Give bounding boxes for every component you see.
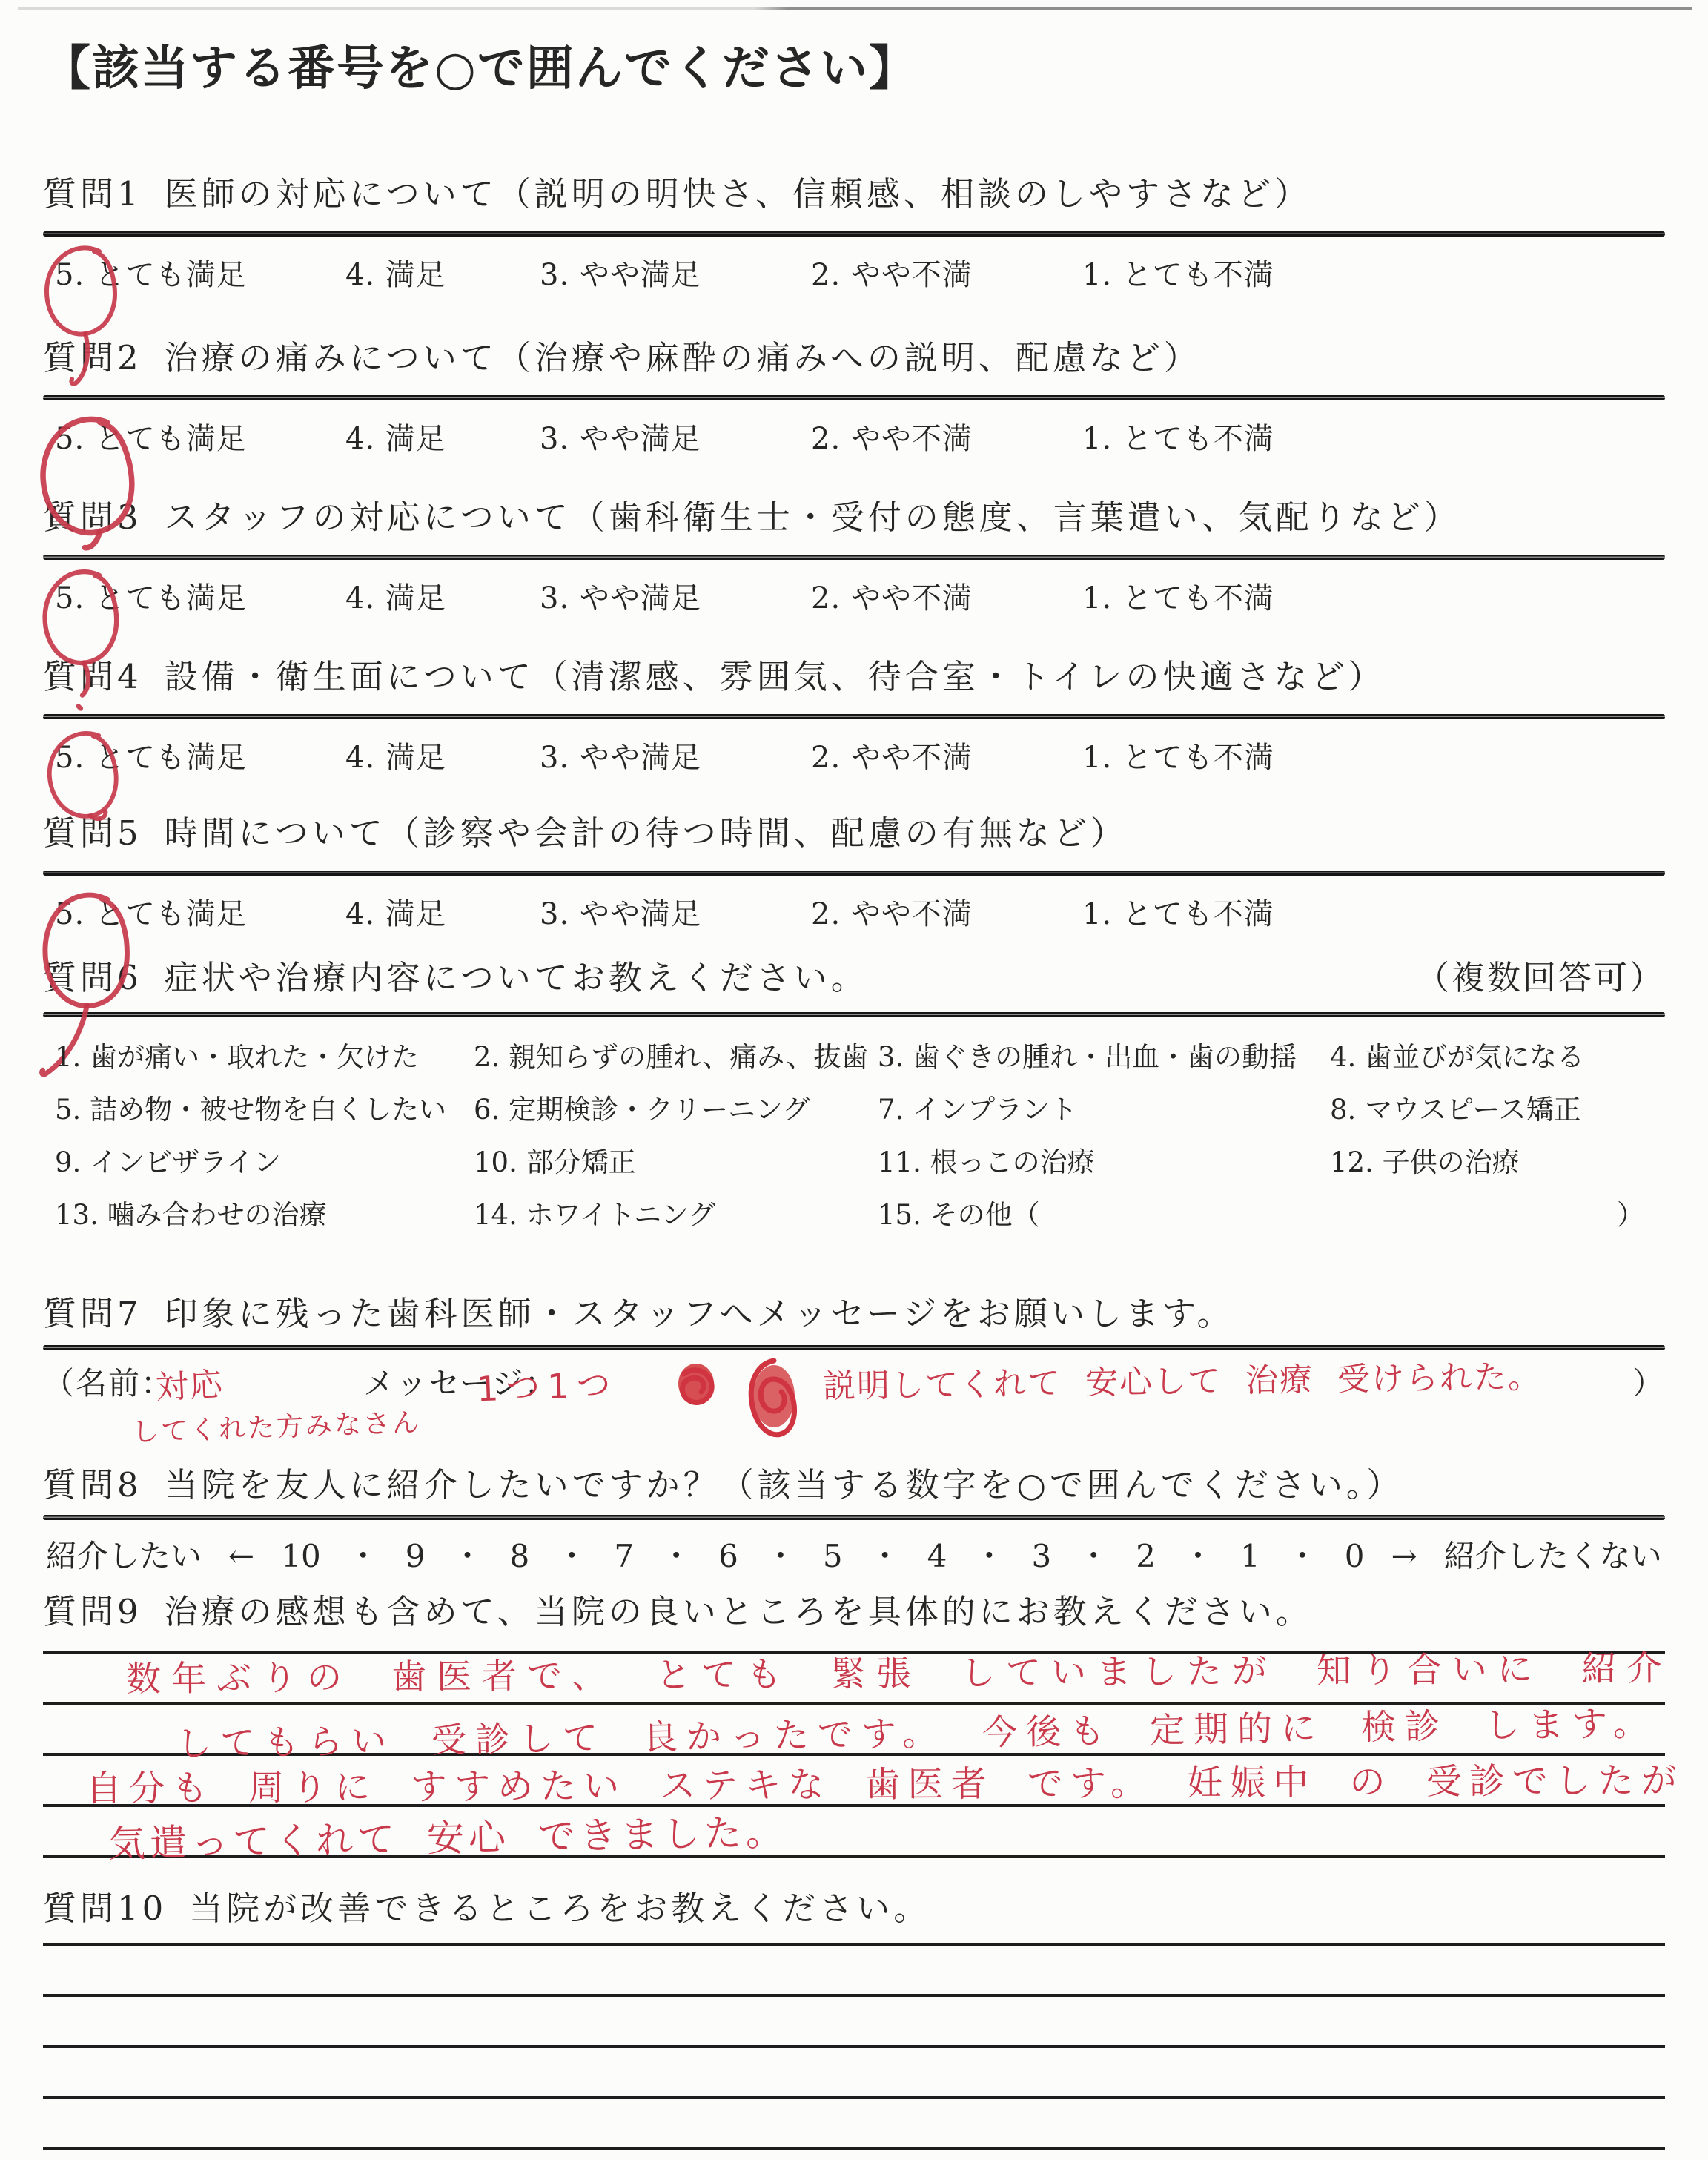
- question-5-heading: 質問5 時間について（診察や会計の待つ時間、配慮の有無など）: [43, 814, 1665, 853]
- question-6-title: 症状や治療内容についてお教えください。: [165, 959, 868, 997]
- divider: [43, 714, 1665, 719]
- answer-line: [43, 2099, 1665, 2150]
- rating-option-3: 3. やや満足: [540, 421, 811, 457]
- question-1-section: 質問1 医師の対応について（説明の明快さ、信頼感、相談のしやすさなど） 5. と…: [43, 175, 1665, 293]
- nps-left-label: 紹介したい: [46, 1538, 202, 1575]
- arrow-right-icon: →: [1391, 1538, 1417, 1575]
- divider: [43, 1012, 1665, 1017]
- rating-option-4: 4. 満足: [345, 257, 540, 293]
- question-4-section: 質問4 設備・衛生面について（清潔感、雰囲気、待合室・トイレの快適さなど） 5.…: [43, 658, 1665, 776]
- question-9-section: 質問9 治療の感想も含めて、当院の良いところを具体的にお教えください。 数年ぶり…: [43, 1593, 1665, 1858]
- dot-separator: ・: [556, 1538, 587, 1575]
- question-9-heading: 質問9 治療の感想も含めて、当院の良いところを具体的にお教えください。: [43, 1593, 1665, 1631]
- rating-option-2: 2. やや不満: [811, 581, 1082, 616]
- symptom-option-7: 7. インプラント: [878, 1083, 1330, 1136]
- handwritten-name-line2: してくれた方みなさん: [131, 1404, 422, 1452]
- dot-separator: ・: [452, 1538, 483, 1575]
- symptom-option-12: 12. 子供の治療: [1330, 1136, 1665, 1189]
- answer-line: [43, 1946, 1665, 1997]
- question-6-section: 質問6 症状や治療内容についてお教えください。 （複数回答可） 1. 歯が痛い・…: [43, 959, 1665, 1241]
- symptom-option-9: 9. インビザライン: [55, 1136, 474, 1189]
- handwritten-circle-icon: [37, 240, 126, 351]
- question-10-section: 質問10 当院が改善できるところをお教えください。: [43, 1889, 1665, 2150]
- divider: [43, 1345, 1665, 1350]
- symptom-option-8: 8. マウスピース矯正: [1330, 1083, 1665, 1136]
- rating-option-1: 1. とても不満: [1082, 257, 1274, 293]
- answer-line: [43, 1997, 1665, 2048]
- question-7-label: 質問7: [43, 1295, 142, 1333]
- rating-option-4: 4. 満足: [345, 740, 540, 776]
- question-10-label: 質問10: [43, 1889, 167, 1928]
- rating-option-4: 4. 満足: [345, 421, 540, 457]
- rating-option-3: 3. やや満足: [540, 257, 811, 293]
- scribble-blob-icon: [673, 1359, 719, 1411]
- handwritten-message-part1: 1つ1つ: [476, 1366, 618, 1408]
- divider: [43, 1515, 1665, 1520]
- rating-option-3: 3. やや満足: [540, 740, 811, 776]
- dot-separator: ・: [1182, 1538, 1214, 1575]
- question-6-heading: 質問6 症状や治療内容についてお教えください。 （複数回答可）: [43, 959, 1665, 997]
- divider: [43, 395, 1665, 400]
- question-9-answer-lines: 数年ぶりの 歯医者で、 とても 緊張 していましたが 知り合いに 紹介 してもら…: [43, 1651, 1665, 1858]
- question-1-label: 質問1: [43, 175, 142, 214]
- question-4-title: 設備・衛生面について（清潔感、雰囲気、待合室・トイレの快適さなど）: [165, 658, 1386, 696]
- dot-separator: ・: [348, 1538, 379, 1575]
- question-1-heading: 質問1 医師の対応について（説明の明快さ、信頼感、相談のしやすさなど）: [43, 175, 1665, 214]
- question-7-heading: 質問7 印象に残った歯科医師・スタッフへメッセージをお願いします。: [43, 1295, 1665, 1333]
- symptom-option-3: 3. 歯ぐきの腫れ・出血・歯の動揺: [878, 1031, 1330, 1083]
- question-1-title: 医師の対応について（説明の明快さ、信頼感、相談のしやすさなど）: [165, 175, 1311, 214]
- symptom-option-13: 13. 噛み合わせの治療: [55, 1189, 474, 1241]
- nps-number-8: 8: [510, 1538, 530, 1575]
- symptom-option-15-other: 15. その他（: [878, 1189, 1330, 1241]
- question-7-title: 印象に残った歯科医師・スタッフへメッセージをお願いします。: [165, 1295, 1234, 1333]
- rating-option-5: 5. とても満足: [55, 896, 345, 932]
- question-3-section: 質問3 スタッフの対応について（歯科衛生士・受付の態度、言葉遣い、気配りなど） …: [43, 498, 1665, 616]
- question-2-options-row: 5. とても満足 4. 満足 3. やや満足 2. やや不満 1. とても不満: [43, 421, 1665, 457]
- question-3-options-row: 5. とても満足 4. 満足 3. やや満足 2. やや不満 1. とても不満: [43, 581, 1665, 616]
- question-8-heading: 質問8 当院を友人に紹介したいですか？（該当する数字を○で囲んでください。）: [43, 1466, 1665, 1505]
- question-3-label: 質問3: [43, 498, 142, 537]
- dot-separator: ・: [1078, 1538, 1109, 1575]
- rating-option-2: 2. やや不満: [811, 896, 1082, 932]
- question-4-label: 質問4: [43, 658, 142, 696]
- rating-option-3: 3. やや満足: [540, 581, 811, 616]
- symptom-option-2: 2. 親知らずの腫れ、痛み、抜歯: [474, 1031, 878, 1083]
- dot-separator: ・: [1287, 1538, 1318, 1575]
- nps-number-9: 9: [406, 1538, 426, 1575]
- question-10-title: 当院が改善できるところをお教えください。: [189, 1889, 930, 1928]
- nps-number-3: 3: [1031, 1538, 1051, 1575]
- page-title: 【該当する番号を○で囲んでください】: [43, 46, 1665, 92]
- nps-number-0: 0: [1345, 1538, 1365, 1575]
- dot-separator: ・: [973, 1538, 1004, 1575]
- dot-separator: ・: [765, 1538, 796, 1575]
- rating-option-1: 1. とても不満: [1082, 896, 1274, 932]
- symptom-options-grid: 1. 歯が痛い・取れた・欠けた 2. 親知らずの腫れ、痛み、抜歯 3. 歯ぐきの…: [43, 1031, 1665, 1241]
- question-2-heading: 質問2 治療の痛みについて（治療や麻酔の痛みへの説明、配慮など）: [43, 339, 1665, 377]
- question-8-label: 質問8: [43, 1466, 142, 1505]
- question-3-heading: 質問3 スタッフの対応について（歯科衛生士・受付の態度、言葉遣い、気配りなど）: [43, 498, 1665, 537]
- handwritten-answer-line-4: 気遣ってくれて 安心 できました。: [107, 1803, 787, 1868]
- question-3-title: スタッフの対応について（歯科衛生士・受付の態度、言葉遣い、気配りなど）: [165, 498, 1461, 537]
- symptom-option-4: 4. 歯並びが気になる: [1330, 1031, 1665, 1083]
- survey-sheet: { "ink": {"red": "#c8394b", "black": "#2…: [0, 0, 1708, 2160]
- question-5-label: 質問5: [43, 814, 142, 853]
- name-field-label: （名前：: [43, 1365, 173, 1401]
- nps-right-label: 紹介したくない: [1444, 1538, 1662, 1575]
- rating-option-2: 2. やや不満: [811, 421, 1082, 457]
- symptom-option-5: 5. 詰め物・被せ物を白くしたい: [55, 1083, 474, 1136]
- question-2-title: 治療の痛みについて（治療や麻酔の痛みへの説明、配慮など）: [165, 339, 1201, 377]
- dot-separator: ・: [661, 1538, 692, 1575]
- nps-number-2: 2: [1136, 1538, 1156, 1575]
- arrow-left-icon: ←: [228, 1538, 254, 1575]
- rating-option-5: 5. とても満足: [55, 581, 345, 616]
- rating-option-5: 5. とても満足: [55, 421, 345, 457]
- handwritten-name-line1: 対応: [155, 1367, 225, 1407]
- nps-number-5: 5: [823, 1538, 843, 1575]
- question-5-section: 質問5 時間について（診察や会計の待つ時間、配慮の有無など） 5. とても満足 …: [43, 814, 1665, 932]
- question-6-label: 質問6: [43, 959, 142, 997]
- survey-page: 【該当する番号を○で囲んでください】 質問1 医師の対応について（説明の明快さ、…: [0, 0, 1708, 2150]
- question-4-heading: 質問4 設備・衛生面について（清潔感、雰囲気、待合室・トイレの快適さなど）: [43, 658, 1665, 696]
- divider: [43, 871, 1665, 876]
- rating-option-1: 1. とても不満: [1082, 581, 1274, 616]
- answer-close-paren: ）: [1632, 1365, 1665, 1402]
- handwritten-answer-line-3: 自分も 周りに すすめたい ステキな 歯医者 です。 妊娠中 の 受診でしたが: [86, 1751, 1684, 1811]
- handwritten-message-part2: 説明してくれて 安心して 治療 受けられた。: [823, 1358, 1543, 1406]
- scan-edge-line: [18, 7, 1692, 10]
- question-1-options-row: 5. とても満足 4. 満足 3. やや満足 2. やや不満 1. とても不満: [43, 257, 1665, 293]
- rating-option-5: 5. とても満足: [55, 740, 345, 776]
- symptom-option-11: 11. 根っこの治療: [878, 1136, 1330, 1189]
- multiple-answers-note: （複数回答可）: [1416, 959, 1665, 997]
- question-8-title: 当院を友人に紹介したいですか？（該当する数字を○で囲んでください。）: [165, 1466, 1404, 1505]
- question-9-title: 治療の感想も含めて、当院の良いところを具体的にお教えください。: [165, 1593, 1313, 1631]
- dot-separator: ・: [870, 1538, 901, 1575]
- answer-line: 気遣ってくれて 安心 できました。: [43, 1807, 1665, 1858]
- question-8-section: 質問8 当院を友人に紹介したいですか？（該当する数字を○で囲んでください。） 紹…: [43, 1466, 1665, 1575]
- symptom-option-1: 1. 歯が痛い・取れた・欠けた: [55, 1031, 474, 1083]
- divider: [43, 555, 1665, 560]
- question-7-answer-area: （名前： メッセージ： ） 対応 してくれた方みなさん 1つ1つ 説明してくれて…: [43, 1365, 1665, 1454]
- answer-line: 自分も 周りに すすめたい ステキな 歯医者 です。 妊娠中 の 受診でしたが: [43, 1756, 1665, 1807]
- question-4-options-row: 5. とても満足 4. 満足 3. やや満足 2. やや不満 1. とても不満: [43, 740, 1665, 776]
- nps-number-7: 7: [614, 1538, 634, 1575]
- rating-option-1: 1. とても不満: [1082, 740, 1274, 776]
- answer-line: [43, 2048, 1665, 2099]
- nps-number-4: 4: [927, 1538, 947, 1575]
- symptom-option-10: 10. 部分矯正: [474, 1136, 878, 1189]
- answer-line: してもらい 受診して 良かったです。 今後も 定期的に 検診 します。: [43, 1705, 1665, 1756]
- other-close-paren: ）: [1330, 1189, 1665, 1241]
- question-10-heading: 質問10 当院が改善できるところをお教えください。: [43, 1889, 1665, 1928]
- rating-option-5: 5. とても満足: [55, 257, 345, 293]
- handwritten-answer-line-1: 数年ぶりの 歯医者で、 とても 緊張 していましたが 知り合いに 紹介: [126, 1641, 1672, 1702]
- rating-option-2: 2. やや不満: [811, 257, 1082, 293]
- question-2-label: 質問2: [43, 339, 142, 377]
- question-5-title: 時間について（診察や会計の待つ時間、配慮の有無など）: [165, 814, 1128, 853]
- rating-option-4: 4. 満足: [345, 896, 540, 932]
- nps-number-6: 6: [718, 1538, 738, 1575]
- question-2-section: 質問2 治療の痛みについて（治療や麻酔の痛みへの説明、配慮など） 5. とても満…: [43, 339, 1665, 457]
- symptom-option-14: 14. ホワイトニング: [474, 1189, 878, 1241]
- nps-scale-row: 紹介したい ← 10 ・ 9 ・ 8 ・ 7 ・ 6 ・ 5 ・ 4 ・ 3 ・…: [43, 1538, 1665, 1575]
- question-7-section: 質問7 印象に残った歯科医師・スタッフへメッセージをお願いします。 （名前： メ…: [43, 1295, 1665, 1454]
- answer-line: 数年ぶりの 歯医者で、 とても 緊張 していましたが 知り合いに 紹介: [43, 1654, 1665, 1705]
- rating-option-2: 2. やや不満: [811, 740, 1082, 776]
- symptom-option-6: 6. 定期検診・クリーニング: [474, 1083, 878, 1136]
- nps-number-10: 10: [281, 1538, 320, 1575]
- divider: [43, 231, 1665, 237]
- scribble-blob-icon: [744, 1356, 804, 1444]
- question-9-label: 質問9: [43, 1593, 142, 1631]
- rating-option-3: 3. やや満足: [540, 896, 811, 932]
- rating-option-1: 1. とても不満: [1082, 421, 1274, 457]
- rating-option-4: 4. 満足: [345, 581, 540, 616]
- nps-number-1: 1: [1240, 1538, 1260, 1575]
- question-10-answer-lines: [43, 1943, 1665, 2150]
- question-5-options-row: 5. とても満足 4. 満足 3. やや満足 2. やや不満 1. とても不満: [43, 896, 1665, 932]
